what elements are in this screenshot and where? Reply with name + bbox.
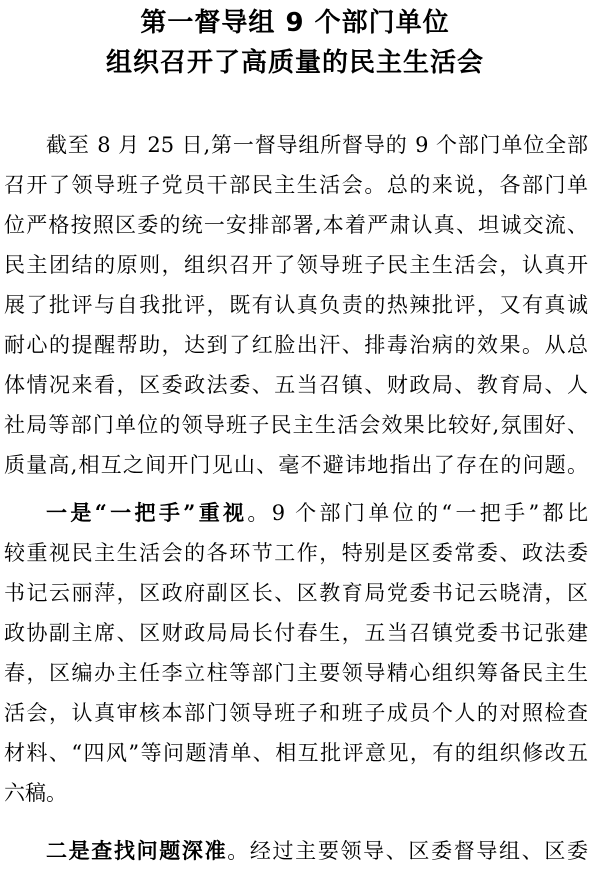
paragraph-3-heading: 二是查找问题深准 <box>46 838 227 863</box>
paragraph-1-line: 民主团结的原则，组织召开了领导班子民主生活会，认真开 <box>4 245 588 285</box>
paragraph-2-line: 六稿。 <box>4 773 588 813</box>
paragraph-2-first-line: 一是“一把手”重视。9 个部门单位的“一把手”都比 <box>46 493 588 533</box>
paragraph-1-line: 质量高,相互之间开门见山、毫不避讳地指出了存在的问题。 <box>4 445 588 485</box>
paragraph-3-line-text: 。经过主要领导、区委督导组、区委 <box>227 839 588 863</box>
paragraph-3-first-line: 二是查找问题深准。经过主要领导、区委督导组、区委 <box>46 831 588 871</box>
paragraph-1-line: 展了批评与自我批评，既有认真负责的热辣批评，又有真诚 <box>4 285 588 325</box>
paragraph-1-line: 截至 8 月 25 日,第一督导组所督导的 9 个部门单位全部 <box>46 125 588 165</box>
paragraph-2-line: 书记云丽萍，区政府副区长、区教育局党委书记云晓清，区 <box>4 573 588 613</box>
paragraph-1-line: 社局等部门单位的领导班子民主生活会效果比较好,氛围好、 <box>4 405 588 445</box>
paragraph-2-line: 材料、“四风”等问题清单、相互批评意见，有的组织修改五 <box>4 733 588 773</box>
paragraph-2-heading: 一是“一把手”重视 <box>46 500 247 525</box>
paragraph-2-line: 较重视民主生活会的各环节工作，特别是区委常委、政法委 <box>4 533 588 573</box>
paragraph-1-line: 耐心的提醒帮助，达到了红脸出汗、排毒治病的效果。从总 <box>4 325 588 365</box>
paragraph-2-line: 政协副主席、区财政局局长付春生，五当召镇党委书记张建 <box>4 613 588 653</box>
paragraph-1-line: 位严格按照区委的统一安排部署,本着严肃认真、坦诚交流、 <box>4 205 588 245</box>
paragraph-2-line-text: 。9 个部门单位的“一把手”都比 <box>247 501 588 525</box>
document-title-line-1: 第一督导组 9 个部门单位 <box>0 6 590 40</box>
paragraph-1-line: 召开了领导班子党员干部民主生活会。总的来说，各部门单 <box>4 165 588 205</box>
paragraph-2-line: 活会，认真审核本部门领导班子和班子成员个人的对照检查 <box>4 693 588 733</box>
paragraph-1-line: 体情况来看，区委政法委、五当召镇、财政局、教育局、人 <box>4 365 588 405</box>
paragraph-2-line: 春，区编办主任李立柱等部门主要领导精心组织筹备民主生 <box>4 653 588 693</box>
document-title-line-2: 组织召开了高质量的民主生活会 <box>0 46 590 80</box>
